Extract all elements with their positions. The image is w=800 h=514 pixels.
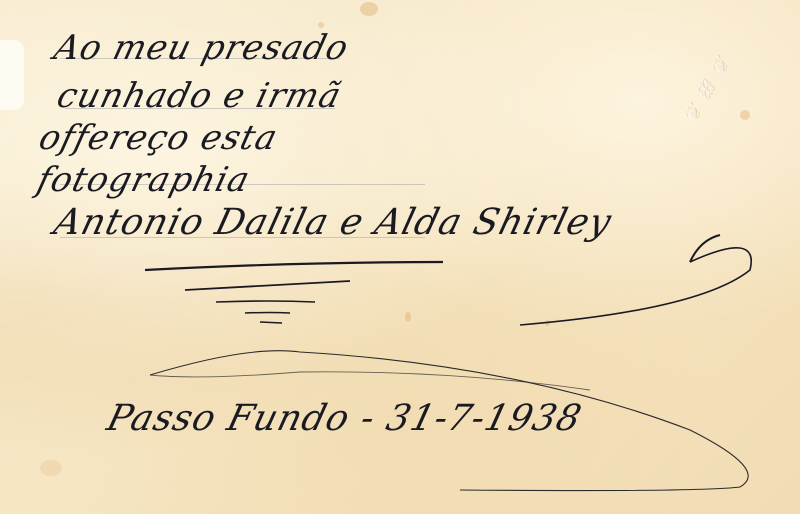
ink-flourishes [0,0,800,514]
photo-card-back: ❦ ꕥ ❦ Ao meu presado cunhado e irmã offe… [0,0,800,514]
